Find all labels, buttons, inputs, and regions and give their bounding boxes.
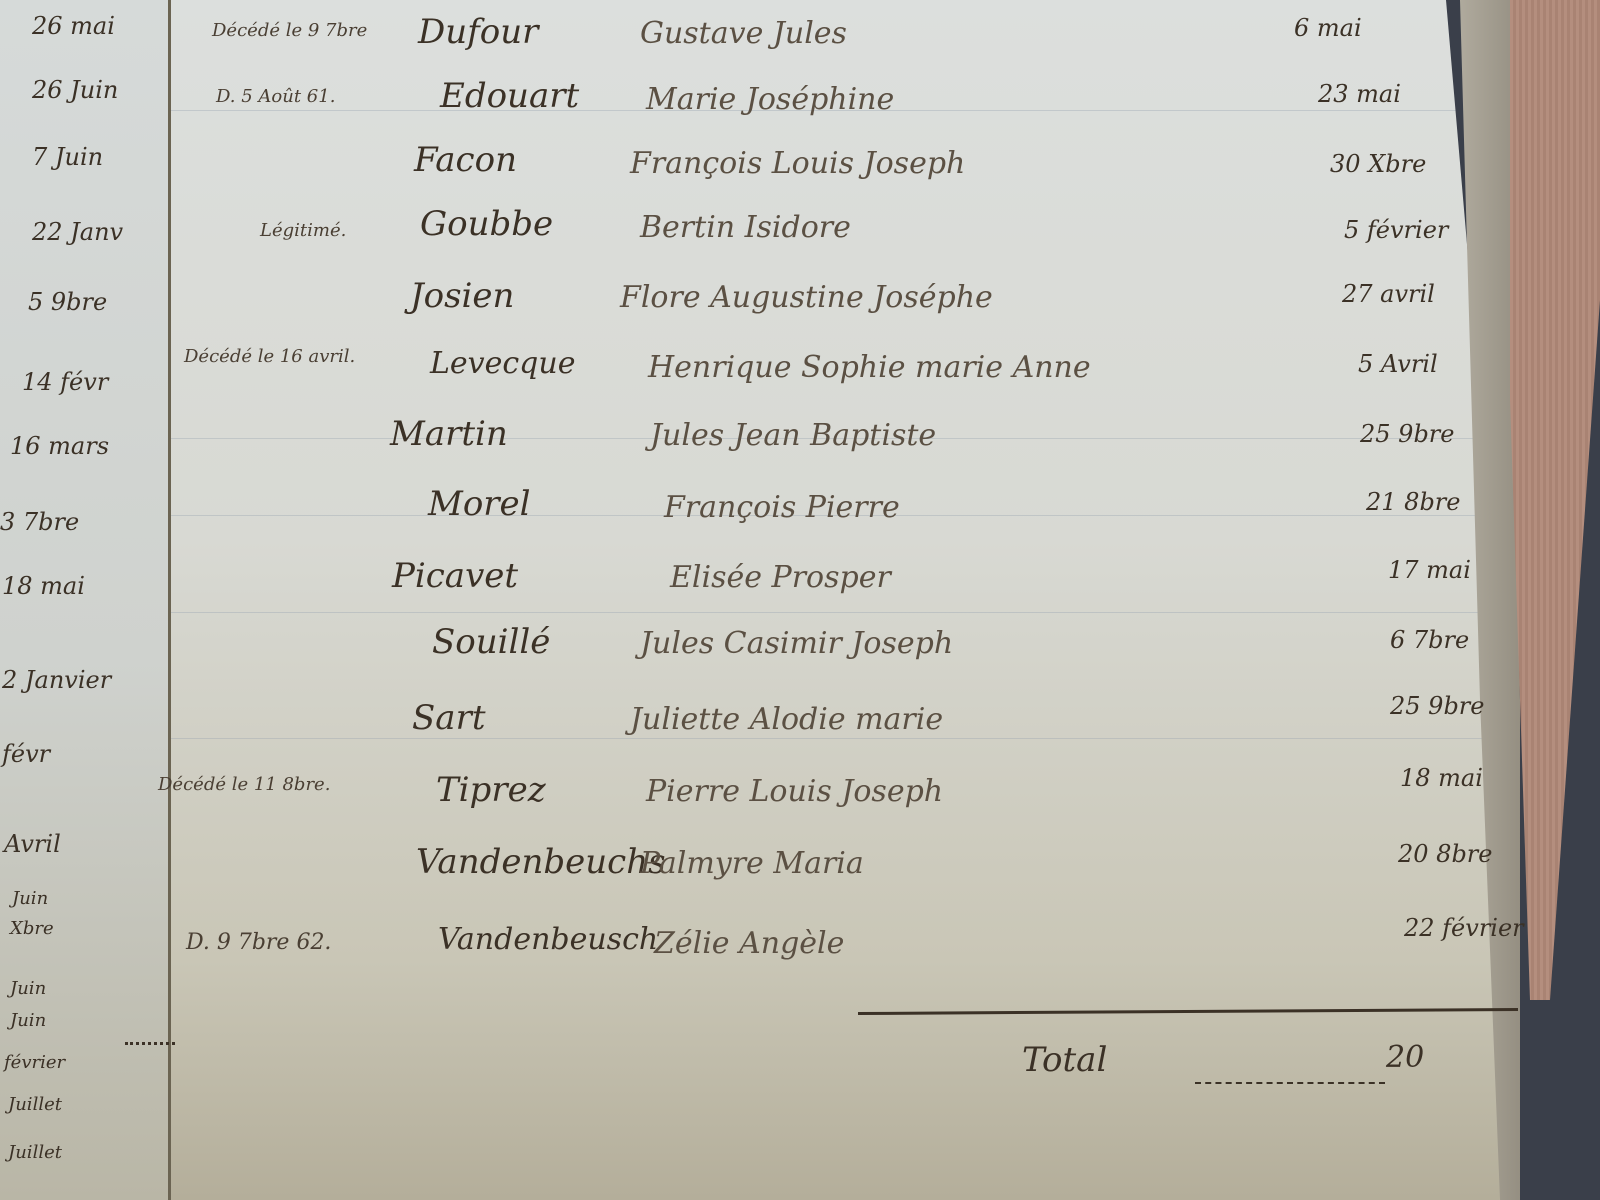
entry-date: 25 9bre [1360, 420, 1454, 448]
entry-annotation: Décédé le 16 avril. [184, 346, 355, 367]
entry-surname: Martin [390, 414, 508, 454]
entry-given-names: Gustave Jules [640, 16, 847, 51]
entry-date: 22 février [1404, 914, 1524, 942]
margin-date: Avril [4, 830, 61, 858]
ruled-line [171, 612, 1501, 613]
margin-date: Juillet [8, 1142, 62, 1163]
entry-given-names: Flore Augustine Joséphe [620, 280, 993, 315]
entry-surname: Goubbe [420, 204, 553, 244]
total-label: Total [1022, 1040, 1107, 1080]
entry-given-names: Bertin Isidore [640, 210, 851, 245]
ruled-line [171, 738, 1501, 739]
entry-date: 30 Xbre [1330, 150, 1426, 178]
entry-annotation: D. 9 7bre 62. [186, 930, 331, 955]
entry-annotation: D. 5 Août 61. [216, 86, 335, 107]
entry-surname: Edouart [440, 76, 579, 116]
entry-surname: Morel [428, 484, 531, 524]
entry-date: 5 Avril [1358, 350, 1438, 378]
entry-surname: Facon [414, 140, 517, 180]
margin-date: 26 Juin [32, 76, 118, 104]
margin-date: Juillet [8, 1094, 62, 1115]
entry-given-names: Marie Joséphine [646, 82, 894, 117]
total-value: 20 [1386, 1040, 1424, 1075]
entry-date: 6 mai [1294, 14, 1362, 42]
entry-given-names: Zélie Angèle [654, 926, 844, 961]
entry-annotation: Décédé le 9 7bre [212, 20, 367, 41]
entry-date: 17 mai [1388, 556, 1471, 584]
margin-date: février [4, 1052, 65, 1073]
total-leader [1195, 1082, 1385, 1084]
entry-date: 6 7bre [1390, 626, 1469, 654]
margin-date: Juin [10, 1010, 46, 1031]
margin-date: 5 9bre [28, 288, 107, 316]
margin-date: 3 7bre [0, 508, 79, 536]
entry-given-names: Palmyre Maria [640, 846, 864, 881]
margin-date: 22 Janv [32, 218, 123, 246]
entry-surname: Souillé [432, 622, 550, 662]
entry-date: 27 avril [1342, 280, 1435, 308]
entry-date: 18 mai [1400, 764, 1483, 792]
margin-date: 14 févr [22, 368, 108, 396]
entry-annotation: Légitimé. [260, 220, 346, 241]
margin-date: Juin [12, 888, 48, 909]
entry-surname: Vandenbeuchs [416, 842, 666, 882]
margin-date: 7 Juin [32, 143, 103, 171]
margin-date: 16 mars [10, 432, 109, 460]
margin-date: Juin [10, 978, 46, 999]
entry-given-names: François Pierre [664, 490, 900, 525]
entry-date: 5 février [1344, 216, 1448, 244]
margin-date: Xbre [10, 918, 54, 939]
left-page: 26 mai 26 Juin 7 Juin 22 Janv 5 9bre 14 … [0, 0, 171, 1200]
entry-given-names: Elisée Prosper [670, 560, 891, 595]
margin-dots [125, 1042, 175, 1045]
entry-given-names: Jules Casimir Joseph [640, 626, 953, 661]
entry-given-names: Pierre Louis Joseph [646, 774, 943, 809]
entry-given-names: François Louis Joseph [630, 146, 965, 181]
entry-surname: Picavet [392, 556, 518, 596]
margin-date: 26 mai [32, 12, 115, 40]
entry-surname: Josien [410, 276, 514, 316]
entry-surname: Tiprez [436, 770, 546, 810]
margin-date: févr [2, 740, 50, 768]
entry-given-names: Jules Jean Baptiste [650, 418, 936, 453]
entry-surname: Levecque [430, 346, 575, 381]
entry-annotation: Décédé le 11 8bre. [158, 774, 330, 795]
margin-date: 2 Janvier [2, 666, 111, 694]
entry-date: 20 8bre [1398, 840, 1492, 868]
entry-surname: Sart [412, 698, 485, 738]
entry-given-names: Henrique Sophie marie Anne [648, 350, 1091, 385]
entry-date: 21 8bre [1366, 488, 1460, 516]
margin-date: 18 mai [2, 572, 85, 600]
entry-given-names: Juliette Alodie marie [630, 702, 943, 737]
entry-surname: Vandenbeusch [438, 922, 658, 957]
binding-fabric [1510, 0, 1600, 1000]
entry-surname: Dufour [418, 12, 538, 52]
entry-date: 23 mai [1318, 80, 1401, 108]
entry-date: 25 9bre [1390, 692, 1484, 720]
